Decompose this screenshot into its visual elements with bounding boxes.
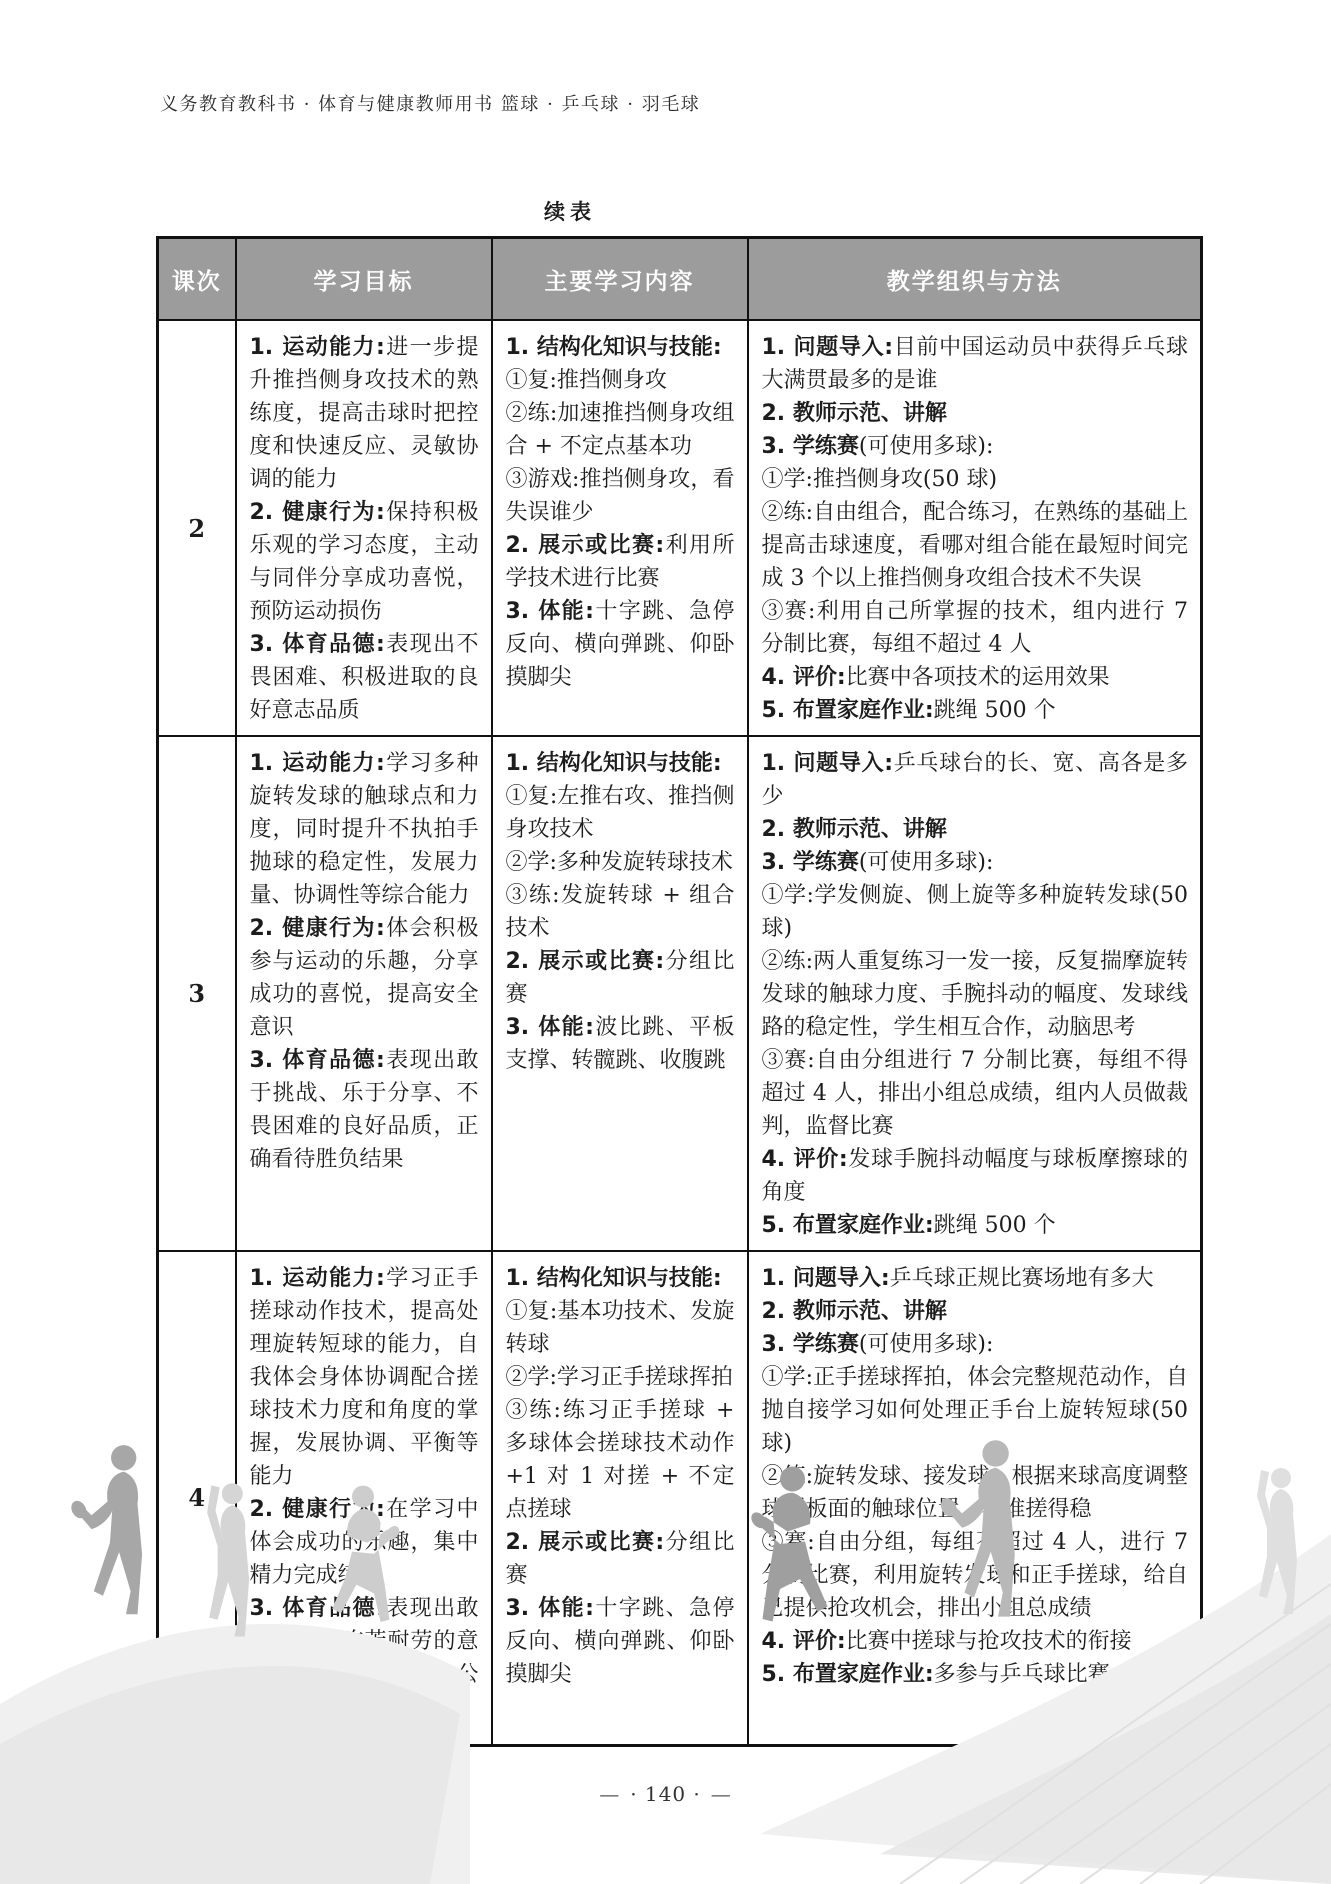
lesson-content-cell: 1. 结构化知识与技能:①复:推挡侧身攻②练:加速推挡侧身攻组合 + 不定点基本… — [492, 320, 748, 736]
text-run: ①复:基本功技术、发旋转球 — [506, 1299, 735, 1357]
text-run: ③练:发旋转球 + 组合技术 — [506, 883, 735, 941]
paragraph: 1. 问题导入:乒乓球正规比赛场地有多大 — [762, 1262, 1189, 1295]
text-run: ③赛:利用自己所掌握的技术，组内进行 7 分制比赛，每组不超过 4 人 — [762, 599, 1189, 657]
text-run: ①学:学发侧旋、侧上旋等多种旋转发球(50 球) — [762, 883, 1189, 941]
paragraph: 1. 结构化知识与技能: — [506, 331, 735, 364]
bold-label: 3. 体能: — [506, 599, 594, 624]
text-run: ①学:推挡侧身攻(50 球) — [762, 467, 998, 492]
text-run: 比赛中搓球与抢攻技术的衔接 — [846, 1629, 1132, 1654]
bold-label: 4. 评价: — [762, 1147, 848, 1172]
paragraph: ②练:加速推挡侧身攻组合 + 不定点基本功 — [506, 397, 735, 463]
text-run: ②学:学习正手搓球挥拍 — [506, 1365, 733, 1390]
paragraph: 2. 展示或比赛:利用所学技术进行比赛 — [506, 529, 735, 595]
bold-label: 3. 学练赛 — [762, 850, 859, 875]
paragraph: ③练:练习正手搓球 + 多球体会搓球技术动作 +1 对 1 对搓 + 不定点搓球 — [506, 1394, 735, 1526]
lesson-methods-cell: 1. 问题导入:目前中国运动员中获得乒乓球大满贯最多的是谁2. 教师示范、讲解3… — [748, 320, 1202, 736]
paragraph: ①复:基本功技术、发旋转球 — [506, 1295, 735, 1361]
paragraph: 3. 体能:十字跳、急停反向、横向弹跳、仰卧摸脚尖 — [506, 595, 735, 694]
lesson-methods-cell: 1. 问题导入:乒乓球台的长、宽、高各是多少2. 教师示范、讲解3. 学练赛(可… — [748, 736, 1202, 1251]
paragraph: 4. 评价:发球手腕抖动幅度与球板摩擦球的角度 — [762, 1143, 1189, 1209]
bold-label: 1. 问题导入: — [762, 335, 894, 360]
paragraph: 3. 体育品德:表现出敢于挑战、乐于分享、不畏困难的良好品质，正确看待胜负结果 — [250, 1044, 479, 1176]
text-run: ③赛:自由分组进行 7 分制比赛，每组不得超过 4 人，排出小组总成绩，组内人员… — [762, 1048, 1189, 1139]
paragraph: ②练:旋转发球、接发球，根据来球高度调整球板板面的触球位置，看谁搓得稳 — [762, 1460, 1189, 1526]
paragraph: 2. 展示或比赛:分组比赛 — [506, 945, 735, 1011]
bold-label: 5. 布置家庭作业: — [762, 1213, 934, 1238]
paragraph: 3. 学练赛(可使用多球): — [762, 846, 1189, 879]
bold-label: 2. 展示或比赛: — [506, 1530, 665, 1555]
paragraph: 2. 健康行为:在学习中体会成功的乐趣，集中精力完成练习 — [250, 1493, 479, 1592]
col-header-lesson: 课次 — [158, 238, 236, 321]
page-number: —· 140 ·— — [0, 1782, 1331, 1806]
lesson-row: 21. 运动能力:进一步提升推挡侧身攻技术的熟练度，提高击球时把控度和快速反应、… — [158, 320, 1202, 736]
text-run: (可使用多球): — [859, 434, 994, 459]
table-caption: 续表 — [544, 196, 596, 226]
bold-label: 3. 体能: — [506, 1015, 594, 1040]
paragraph: 5. 布置家庭作业:多参与乒乓球比赛 — [762, 1658, 1189, 1691]
paragraph: 5. 布置家庭作业:跳绳 500 个 — [762, 1209, 1189, 1242]
paragraph: ③练:发旋转球 + 组合技术 — [506, 879, 735, 945]
book-page: 义务教育教科书 · 体育与健康教师用书 篮球 · 乒乓球 · 羽毛球 续表 课次… — [0, 0, 1331, 1884]
text-run: ②练:旋转发球、接发球，根据来球高度调整球板板面的触球位置，看谁搓得稳 — [762, 1464, 1189, 1522]
bold-label: 1. 运动能力: — [250, 335, 385, 360]
paragraph: 3. 体能:十字跳、急停反向、横向弹跳、仰卧摸脚尖 — [506, 1592, 735, 1691]
text-run: (可使用多球): — [859, 1332, 994, 1357]
lesson-number-cell: 4 — [158, 1251, 236, 1745]
table-tennis-player-silhouette-left-1 — [68, 1445, 142, 1614]
lesson-number-cell: 3 — [158, 736, 236, 1251]
bold-label: 4. 评价: — [762, 1629, 846, 1654]
bold-label: 1. 问题导入: — [762, 1266, 890, 1291]
bold-label: 2. 健康行为: — [250, 916, 385, 941]
text-run: ③游戏:推挡侧身攻，看失误谁少 — [506, 467, 735, 525]
text-run: ①学:正手搓球挥拍，体会完整规范动作，自抛自接学习如何处理正手台上旋转短球(50… — [762, 1365, 1189, 1456]
paragraph: 1. 问题导入:目前中国运动员中获得乒乓球大满贯最多的是谁 — [762, 331, 1189, 397]
text-run: 跳绳 500 个 — [934, 1213, 1056, 1238]
folio-left-dash: — — [599, 1782, 620, 1806]
bold-label: 1. 问题导入: — [762, 751, 894, 776]
paragraph: ①复:推挡侧身攻 — [506, 364, 735, 397]
folio-label: · 140 · — [630, 1782, 701, 1806]
paragraph: ①学:学发侧旋、侧上旋等多种旋转发球(50 球) — [762, 879, 1189, 945]
col-header-content: 主要学习内容 — [492, 238, 748, 321]
lesson-objectives-cell: 1. 运动能力:学习多种旋转发球的触球点和力度，同时提升不执拍手抛球的稳定性，发… — [236, 736, 492, 1251]
bold-label: 3. 体能: — [506, 1596, 594, 1621]
text-run: ①复:左推右攻、推挡侧身攻技术 — [506, 784, 735, 842]
text-run: ②学:多种发旋转球技术 — [506, 850, 733, 875]
folio-right-dash: — — [711, 1782, 732, 1806]
table-tennis-player-silhouette-right-3 — [1257, 1468, 1297, 1614]
text-run: 学习正手搓球动作技术，提高处理旋转短球的能力，自我体会身体协调配合搓球技术力度和… — [250, 1266, 479, 1489]
lesson-methods-cell: 1. 问题导入:乒乓球正规比赛场地有多大2. 教师示范、讲解3. 学练赛(可使用… — [748, 1251, 1202, 1745]
lesson-row: 31. 运动能力:学习多种旋转发球的触球点和力度，同时提升不执拍手抛球的稳定性，… — [158, 736, 1202, 1251]
running-head: 义务教育教科书 · 体育与健康教师用书 篮球 · 乒乓球 · 羽毛球 — [160, 90, 700, 116]
paragraph: ③赛:利用自己所掌握的技术，组内进行 7 分制比赛，每组不超过 4 人 — [762, 595, 1189, 661]
text-run: ③练:练习正手搓球 + 多球体会搓球技术动作 +1 对 1 对搓 + 不定点搓球 — [506, 1398, 735, 1522]
paragraph: 1. 运动能力:学习正手搓球动作技术，提高处理旋转短球的能力，自我体会身体协调配… — [250, 1262, 479, 1493]
paragraph: 1. 问题导入:乒乓球台的长、宽、高各是多少 — [762, 747, 1189, 813]
paragraph: ②学:学习正手搓球挥拍 — [506, 1361, 735, 1394]
col-header-objectives: 学习目标 — [236, 238, 492, 321]
text-run: ②练:加速推挡侧身攻组合 + 不定点基本功 — [506, 401, 735, 459]
paragraph: ①复:左推右攻、推挡侧身攻技术 — [506, 780, 735, 846]
bold-label: 5. 布置家庭作业: — [762, 1662, 934, 1687]
bold-label: 3. 体育品德: — [250, 1596, 385, 1621]
bold-label: 3. 学练赛 — [762, 434, 859, 459]
text-run: ②练:自由组合，配合练习，在熟练的基础上提高击球速度，看哪对组合能在最短时间完成… — [762, 500, 1189, 591]
paragraph: ③赛:自由分组进行 7 分制比赛，每组不得超过 4 人，排出小组总成绩，组内人员… — [762, 1044, 1189, 1143]
paragraph: 3. 学练赛(可使用多球): — [762, 1328, 1189, 1361]
table-body: 21. 运动能力:进一步提升推挡侧身攻技术的熟练度，提高击球时把控度和快速反应、… — [158, 320, 1202, 1745]
bold-label: 2. 教师示范、讲解 — [762, 817, 947, 842]
paragraph: ②练:两人重复练习一发一接，反复揣摩旋转发球的触球力度、手腕抖动的幅度、发球线路… — [762, 945, 1189, 1044]
paragraph: 1. 运动能力:学习多种旋转发球的触球点和力度，同时提升不执拍手抛球的稳定性，发… — [250, 747, 479, 912]
paragraph: 2. 教师示范、讲解 — [762, 813, 1189, 846]
lesson-content-cell: 1. 结构化知识与技能:①复:左推右攻、推挡侧身攻技术②学:多种发旋转球技术③练… — [492, 736, 748, 1251]
lesson-objectives-cell: 1. 运动能力:学习正手搓球动作技术，提高处理旋转短球的能力，自我体会身体协调配… — [236, 1251, 492, 1745]
bold-label: 1. 结构化知识与技能: — [506, 1266, 722, 1291]
bold-label: 3. 体育品德: — [250, 1048, 385, 1073]
bold-label: 3. 学练赛 — [762, 1332, 859, 1357]
text-run: (可使用多球): — [859, 850, 994, 875]
lesson-plan-table: 课次 学习目标 主要学习内容 教学组织与方法 21. 运动能力:进一步提升推挡侧… — [156, 236, 1203, 1747]
lesson-number-cell: 2 — [158, 320, 236, 736]
bold-label: 2. 教师示范、讲解 — [762, 1299, 947, 1324]
paragraph: 1. 结构化知识与技能: — [506, 1262, 735, 1295]
bold-label: 2. 健康行为: — [250, 1497, 385, 1522]
text-run: 多参与乒乓球比赛 — [934, 1662, 1110, 1687]
text-run: ③赛:自由分组，每组不超过 4 人，进行 7 分制比赛，利用旋转发球和正手搓球，… — [762, 1530, 1189, 1621]
bold-label: 1. 运动能力: — [250, 1266, 385, 1291]
bold-label: 1. 运动能力: — [250, 751, 385, 776]
bold-label: 2. 展示或比赛: — [506, 949, 665, 974]
bold-label: 5. 布置家庭作业: — [762, 698, 934, 723]
text-run: ②练:两人重复练习一发一接，反复揣摩旋转发球的触球力度、手腕抖动的幅度、发球线路… — [762, 949, 1189, 1040]
paragraph: ②学:多种发旋转球技术 — [506, 846, 735, 879]
bold-label: 2. 教师示范、讲解 — [762, 401, 947, 426]
paragraph: 1. 运动能力:进一步提升推挡侧身攻技术的熟练度，提高击球时把控度和快速反应、灵… — [250, 331, 479, 496]
bold-label: 1. 结构化知识与技能: — [506, 335, 722, 360]
paragraph: 2. 教师示范、讲解 — [762, 1295, 1189, 1328]
text-run: ①复:推挡侧身攻 — [506, 368, 667, 393]
paragraph: 4. 评价:比赛中各项技术的运用效果 — [762, 661, 1189, 694]
bold-label: 2. 展示或比赛: — [506, 533, 665, 558]
paragraph: ③赛:自由分组，每组不超过 4 人，进行 7 分制比赛，利用旋转发球和正手搓球，… — [762, 1526, 1189, 1625]
paragraph: 5. 布置家庭作业:跳绳 500 个 — [762, 694, 1189, 727]
text-run: 比赛中各项技术的运用效果 — [846, 665, 1110, 690]
paragraph: 4. 评价:比赛中搓球与抢攻技术的衔接 — [762, 1625, 1189, 1658]
paragraph: 2. 展示或比赛:分组比赛 — [506, 1526, 735, 1592]
lesson-content-cell: 1. 结构化知识与技能:①复:基本功技术、发旋转球②学:学习正手搓球挥拍③练:练… — [492, 1251, 748, 1745]
paragraph: 3. 学练赛(可使用多球): — [762, 430, 1189, 463]
paragraph: ②练:自由组合，配合练习，在熟练的基础上提高击球速度，看哪对组合能在最短时间完成… — [762, 496, 1189, 595]
text-run: 乒乓球正规比赛场地有多大 — [890, 1266, 1154, 1291]
paragraph: 3. 体育品德:表现出不畏困难、积极进取的良好意志品质 — [250, 628, 479, 727]
paragraph: ①学:正手搓球挥拍，体会完整规范动作，自抛自接学习如何处理正手台上旋转短球(50… — [762, 1361, 1189, 1460]
col-header-methods: 教学组织与方法 — [748, 238, 1202, 321]
paragraph: 3. 体能:波比跳、平板支撑、转髋跳、收腹跳 — [506, 1011, 735, 1077]
paragraph: 3. 体育品德:表现出敢于竞争、吃苦耐劳的意志品质和遵守规则、公平竞争的意识 — [250, 1592, 479, 1724]
paragraph: ①学:推挡侧身攻(50 球) — [762, 463, 1189, 496]
lesson-objectives-cell: 1. 运动能力:进一步提升推挡侧身攻技术的熟练度，提高击球时把控度和快速反应、灵… — [236, 320, 492, 736]
bold-label: 3. 体育品德: — [250, 632, 385, 657]
text-run: 跳绳 500 个 — [934, 698, 1056, 723]
paragraph: 1. 结构化知识与技能: — [506, 747, 735, 780]
paragraph: 2. 健康行为:保持积极乐观的学习态度，主动与同伴分享成功喜悦，预防运动损伤 — [250, 496, 479, 628]
paragraph: 2. 健康行为:体会积极参与运动的乐趣，分享成功的喜悦，提高安全意识 — [250, 912, 479, 1044]
paragraph: 2. 教师示范、讲解 — [762, 397, 1189, 430]
paragraph: ③游戏:推挡侧身攻，看失误谁少 — [506, 463, 735, 529]
bold-label: 2. 健康行为: — [250, 500, 385, 525]
table-header-row: 课次 学习目标 主要学习内容 教学组织与方法 — [158, 238, 1202, 321]
bold-label: 1. 结构化知识与技能: — [506, 751, 722, 776]
bold-label: 4. 评价: — [762, 665, 846, 690]
lesson-row: 41. 运动能力:学习正手搓球动作技术，提高处理旋转短球的能力，自我体会身体协调… — [158, 1251, 1202, 1745]
